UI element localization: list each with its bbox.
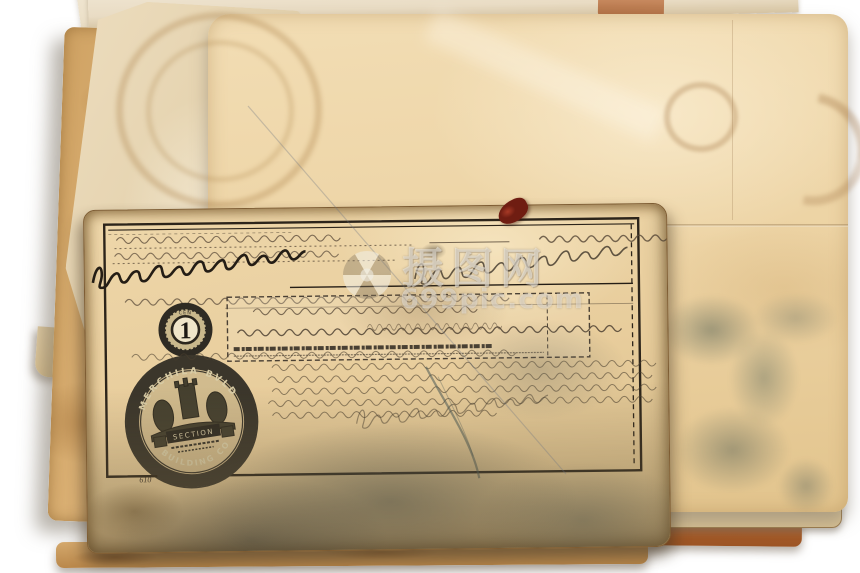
handwriting-header xyxy=(112,230,670,264)
check-document: 1 CEN MERCHILA BVLD BUILDING CO xyxy=(83,203,671,554)
photo-vintage-paper-stack: { "scene": { "subject": "stack of aged v… xyxy=(0,0,860,573)
handwriting-flourish xyxy=(356,365,549,479)
fold-highlight xyxy=(424,9,666,142)
check-artwork: 1 CEN MERCHILA BVLD BUILDING CO xyxy=(84,204,670,553)
revenue-stamp: 1 CEN xyxy=(158,302,213,357)
stamp-numeral: 1 xyxy=(179,318,191,344)
stamp-arc-label: CEN xyxy=(179,310,192,316)
small-ring-stain xyxy=(664,82,738,152)
fold-line xyxy=(656,224,848,227)
handwriting-main-line xyxy=(93,246,633,290)
cup-ring-stain-inner xyxy=(146,40,294,182)
